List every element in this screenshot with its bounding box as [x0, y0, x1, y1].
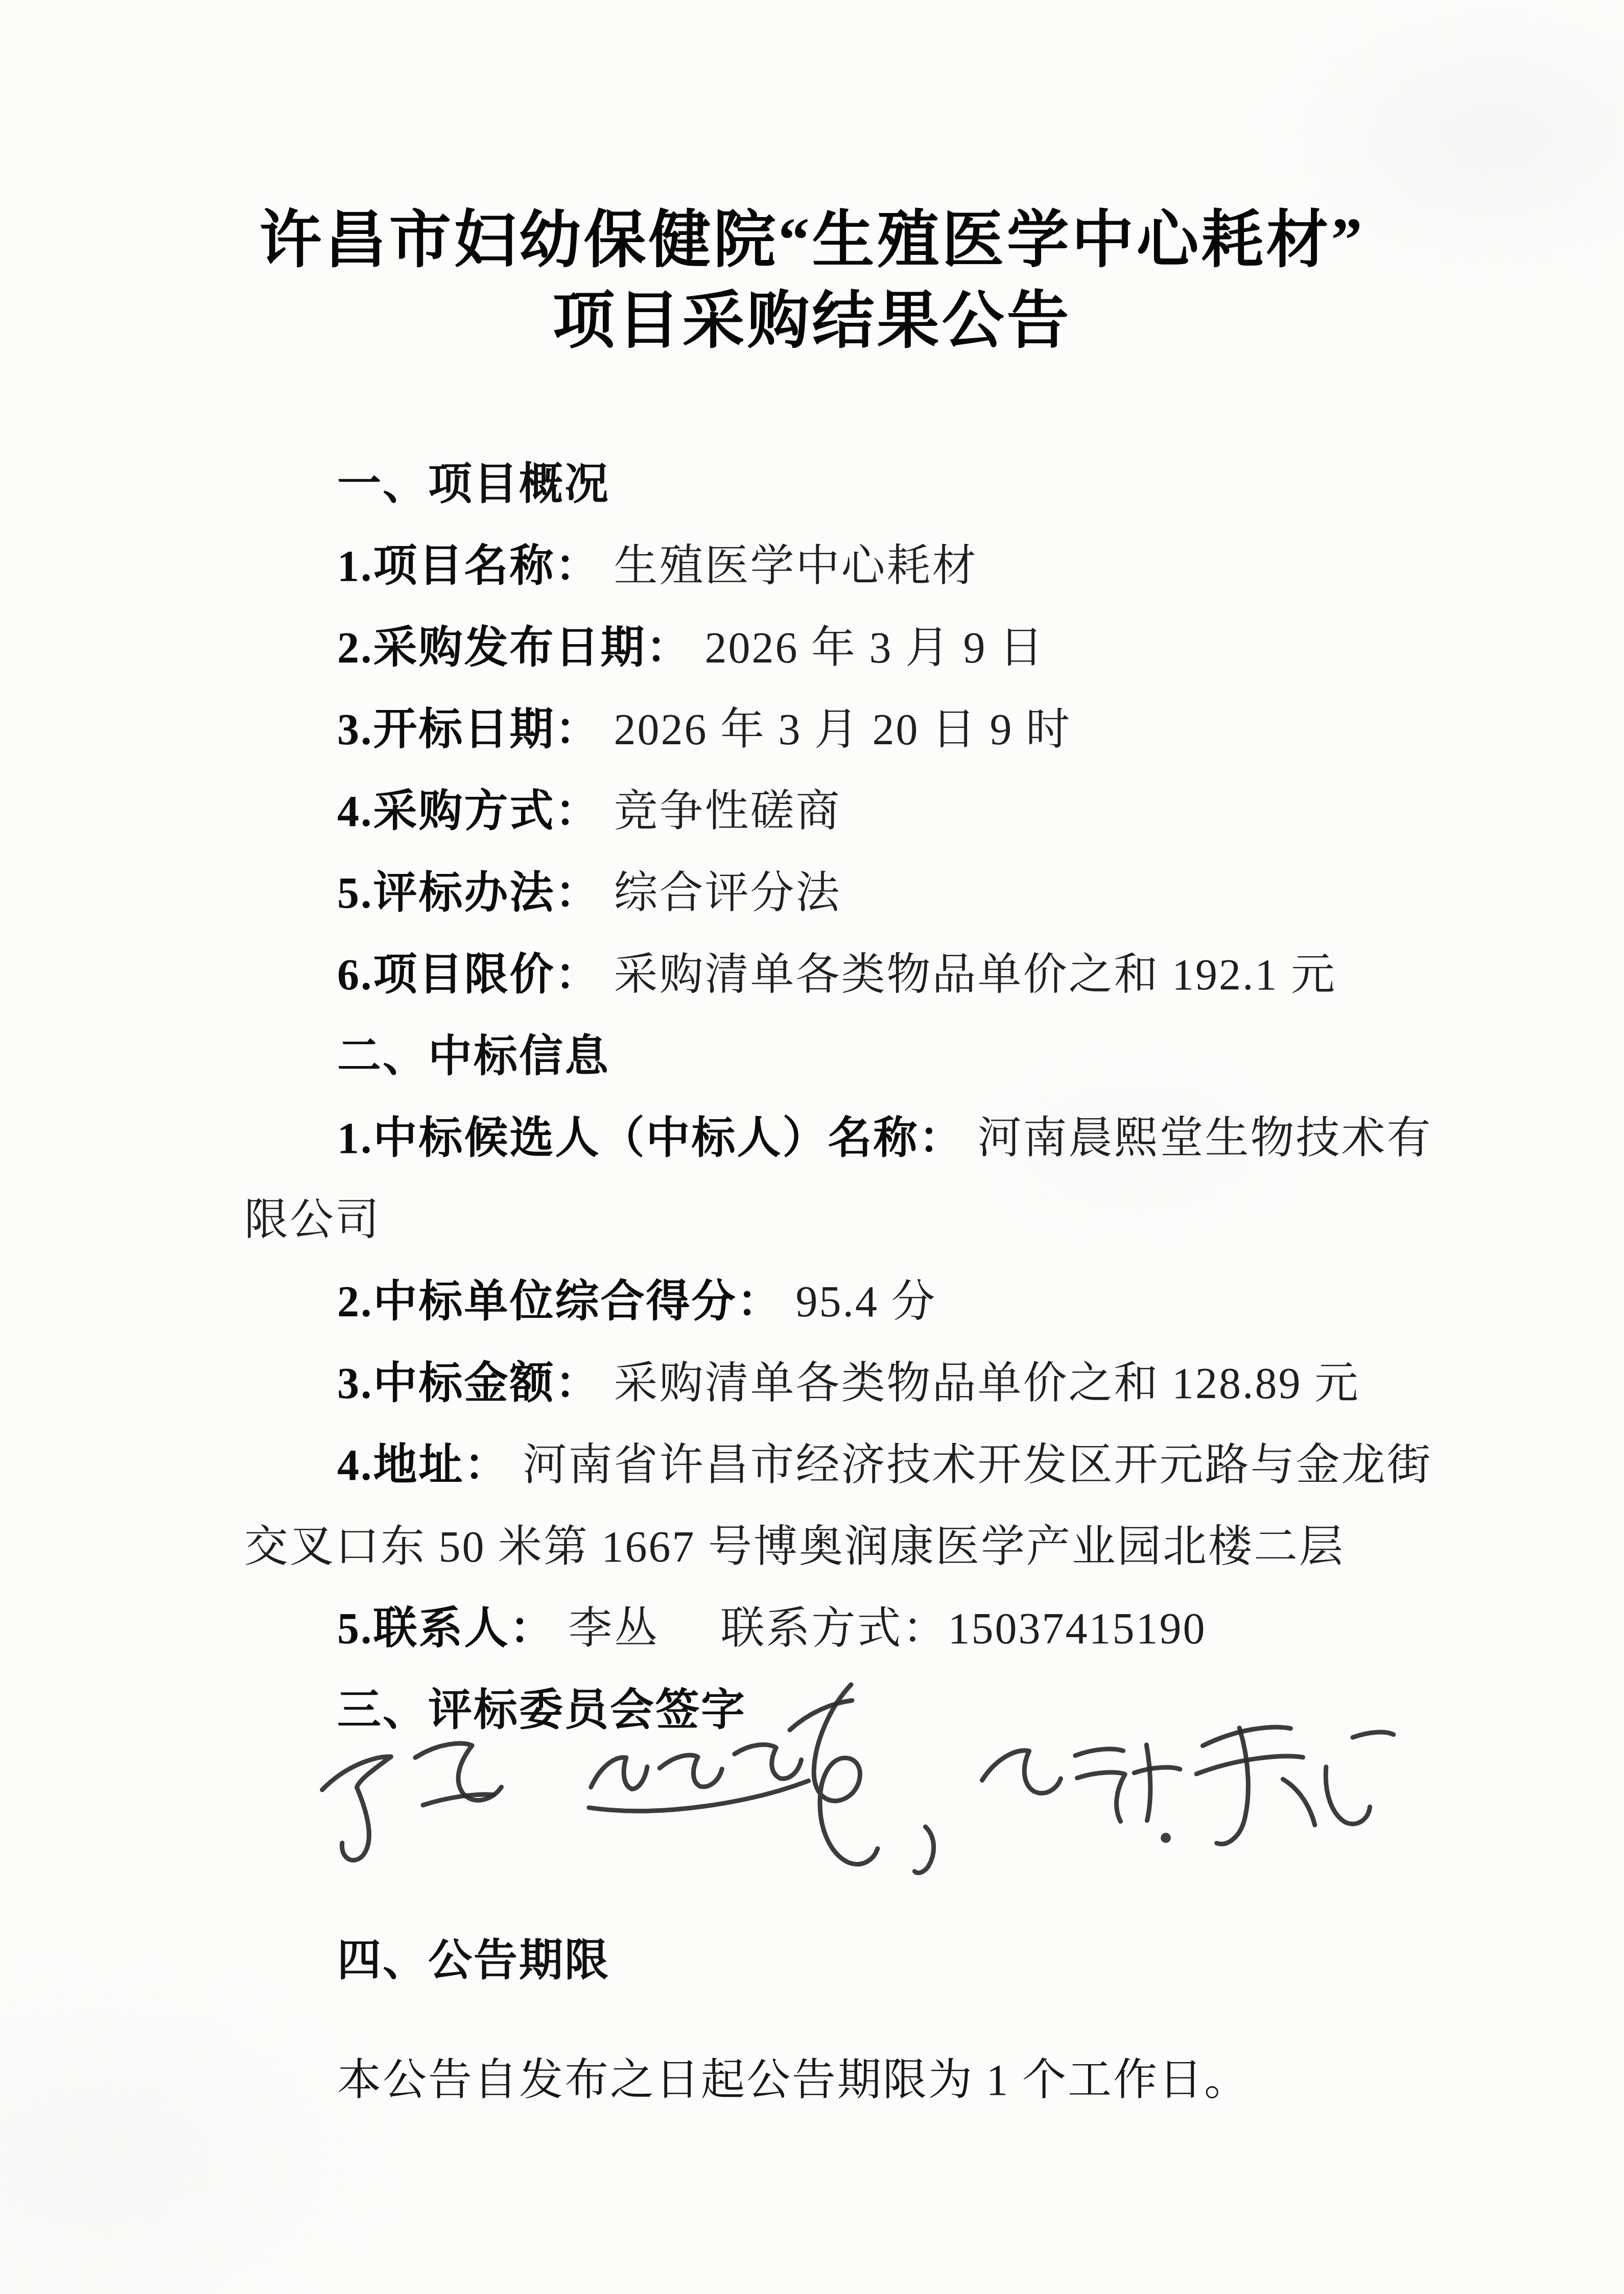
item-label: 1.中标候选人（中标人）名称： [337, 1114, 964, 1163]
signature-period-mark [1161, 1833, 1171, 1843]
signature-handwriting-5 [1193, 1717, 1400, 1846]
section2-heading: 二、中标信息 [244, 1015, 1450, 1097]
item-winner-score: 2.中标单位综合得分：95.4 分 [244, 1261, 1450, 1342]
item-value: 采购清单各类物品单价之和 192.1 元 [614, 950, 1337, 999]
item-price-limit: 6.项目限价：采购清单各类物品单价之和 192.1 元 [244, 934, 1450, 1015]
signature-handwriting-1 [319, 1740, 507, 1862]
item-winner-name: 1.中标候选人（中标人）名称：河南晨熙堂生物技术有限公司 [244, 1097, 1450, 1261]
notice-period-text: 本公告自发布之日起公告期限为 1 个工作日。 [244, 2039, 1450, 2121]
item-label: 5.评标办法： [337, 868, 601, 917]
item-value: 2026 年 3 月 9 日 [705, 623, 1045, 672]
contact-phone-label: 联系方式： [721, 1604, 948, 1653]
item-project-name: 1.项目名称：生殖医学中心耗材 [244, 525, 1450, 607]
item-label: 4.地址： [337, 1440, 510, 1489]
item-value: 综合评分法 [614, 868, 841, 917]
contact-phone: 15037415190 [948, 1604, 1207, 1653]
item-value: 竞争性磋商 [614, 787, 841, 836]
item-label: 2.采购发布日期： [337, 623, 692, 672]
item-publish-date: 2.采购发布日期：2026 年 3 月 9 日 [244, 607, 1450, 689]
title-line-1: 许昌市妇幼保健院“生殖医学中心耗材” [0, 200, 1624, 281]
item-value: 生殖医学中心耗材 [614, 541, 978, 590]
item-label: 3.开标日期： [337, 705, 601, 754]
document-title: 许昌市妇幼保健院“生殖医学中心耗材” 项目采购结果公告 [0, 200, 1624, 362]
item-value: 95.4 分 [796, 1277, 937, 1326]
evaluation-committee-signatures [286, 1669, 1400, 1884]
document-footer-section: 四、公告期限 本公告自发布之日起公告期限为 1 个工作日。 [244, 1920, 1450, 2121]
document-body: 一、项目概况 1.项目名称：生殖医学中心耗材 2.采购发布日期：2026 年 3… [244, 443, 1450, 1751]
item-label: 2.中标单位综合得分： [337, 1277, 783, 1326]
signature-comma-mark [914, 1827, 934, 1874]
item-label: 3.中标金额： [337, 1359, 601, 1408]
section4-heading: 四、公告期限 [244, 1920, 1450, 2001]
item-evaluation-method: 5.评标办法：综合评分法 [244, 852, 1450, 934]
item-label: 6.项目限价： [337, 950, 601, 999]
item-value: 采购清单各类物品单价之和 128.89 元 [614, 1359, 1360, 1408]
signature-handwriting-4 [981, 1744, 1182, 1826]
item-label: 1.项目名称： [337, 541, 601, 590]
item-procurement-method: 4.采购方式：竞争性磋商 [244, 770, 1450, 852]
signature-handwriting-3 [785, 1683, 939, 1874]
item-address: 4.地址：河南省许昌市经济技术开发区开元路与金龙街交叉口东 50 米第 1667… [244, 1424, 1450, 1588]
item-winning-amount: 3.中标金额：采购清单各类物品单价之和 128.89 元 [244, 1342, 1450, 1424]
item-value: 2026 年 3 月 20 日 9 时 [614, 705, 1072, 754]
scanned-announcement-page: 许昌市妇幼保健院“生殖医学中心耗材” 项目采购结果公告 一、项目概况 1.项目名… [0, 0, 1624, 2294]
item-bid-opening-date: 3.开标日期：2026 年 3 月 20 日 9 时 [244, 689, 1450, 770]
contact-label: 5.联系人： [337, 1604, 555, 1653]
contact-name: 李丛 [569, 1604, 660, 1653]
section1-heading: 一、项目概况 [244, 443, 1450, 525]
item-label: 4.采购方式： [337, 787, 601, 836]
title-line-2: 项目采购结果公告 [0, 281, 1624, 362]
signature-handwriting-2 [586, 1742, 810, 1814]
item-contact: 5.联系人：李丛联系方式：15037415190 [244, 1588, 1450, 1669]
